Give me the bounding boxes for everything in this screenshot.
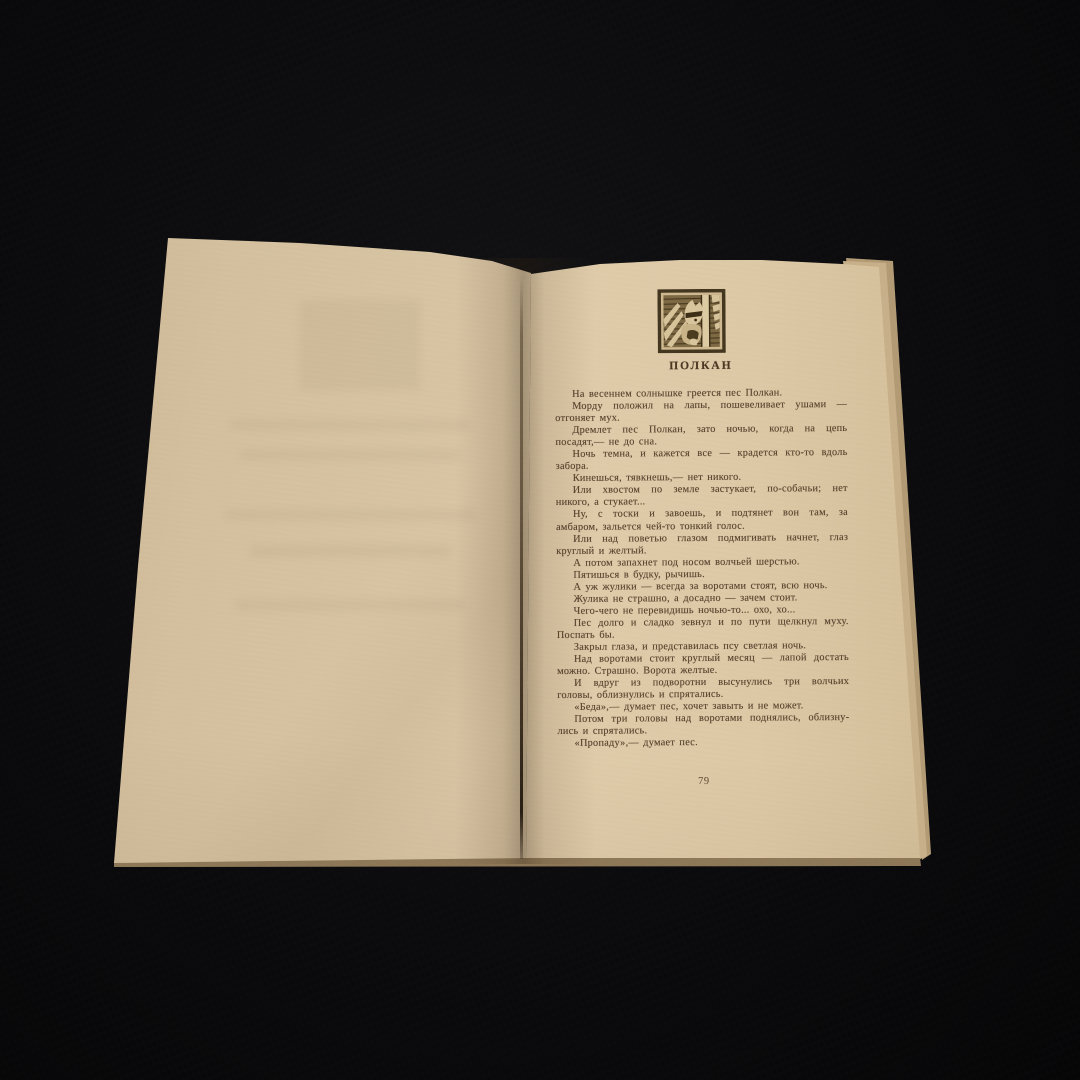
text-line: А уж жулики — всегда за воротами стоят, … — [556, 580, 848, 594]
text-line: И вдруг из подворотни высунулись три вол… — [557, 676, 849, 690]
story-text: На весеннем солнышке греется пес Полкан.… — [555, 387, 850, 750]
right-page-content: ПОЛКАН На весеннем солнышке греется пес … — [0, 0, 1080, 1080]
text-line: Ночь темна, и кажется все — крадется кто… — [556, 447, 848, 461]
text-line: Морду положил на лапы, пошевеливает ушам… — [555, 399, 847, 413]
text-line: «Пропаду»,— думает пес. — [558, 736, 850, 750]
text-line: Пес долго и сладко зевнул и по пути щелк… — [557, 616, 849, 630]
text-line: Потом три головы над воротами поднялись,… — [557, 712, 849, 726]
page-number: 79 — [558, 775, 850, 788]
text-line: Или над поветью глазом подмигивать начне… — [556, 532, 848, 546]
story-title: ПОЛКАН — [555, 359, 847, 373]
text-line: Над воротами стоит круглый месяц — лапой… — [557, 652, 849, 666]
dark-table-background: ПОЛКАН На весеннем солнышке греется пес … — [0, 0, 1080, 1080]
text-line: Или хвостом по земле застукает, по-собач… — [556, 483, 848, 497]
text-line: Дремлет пес Полкан, зато ночью, когда на… — [555, 423, 847, 437]
text-line: Ну, с тоски и завоешь, и подтянет вон та… — [556, 507, 848, 521]
dog-woodcut-illustration — [657, 289, 725, 353]
